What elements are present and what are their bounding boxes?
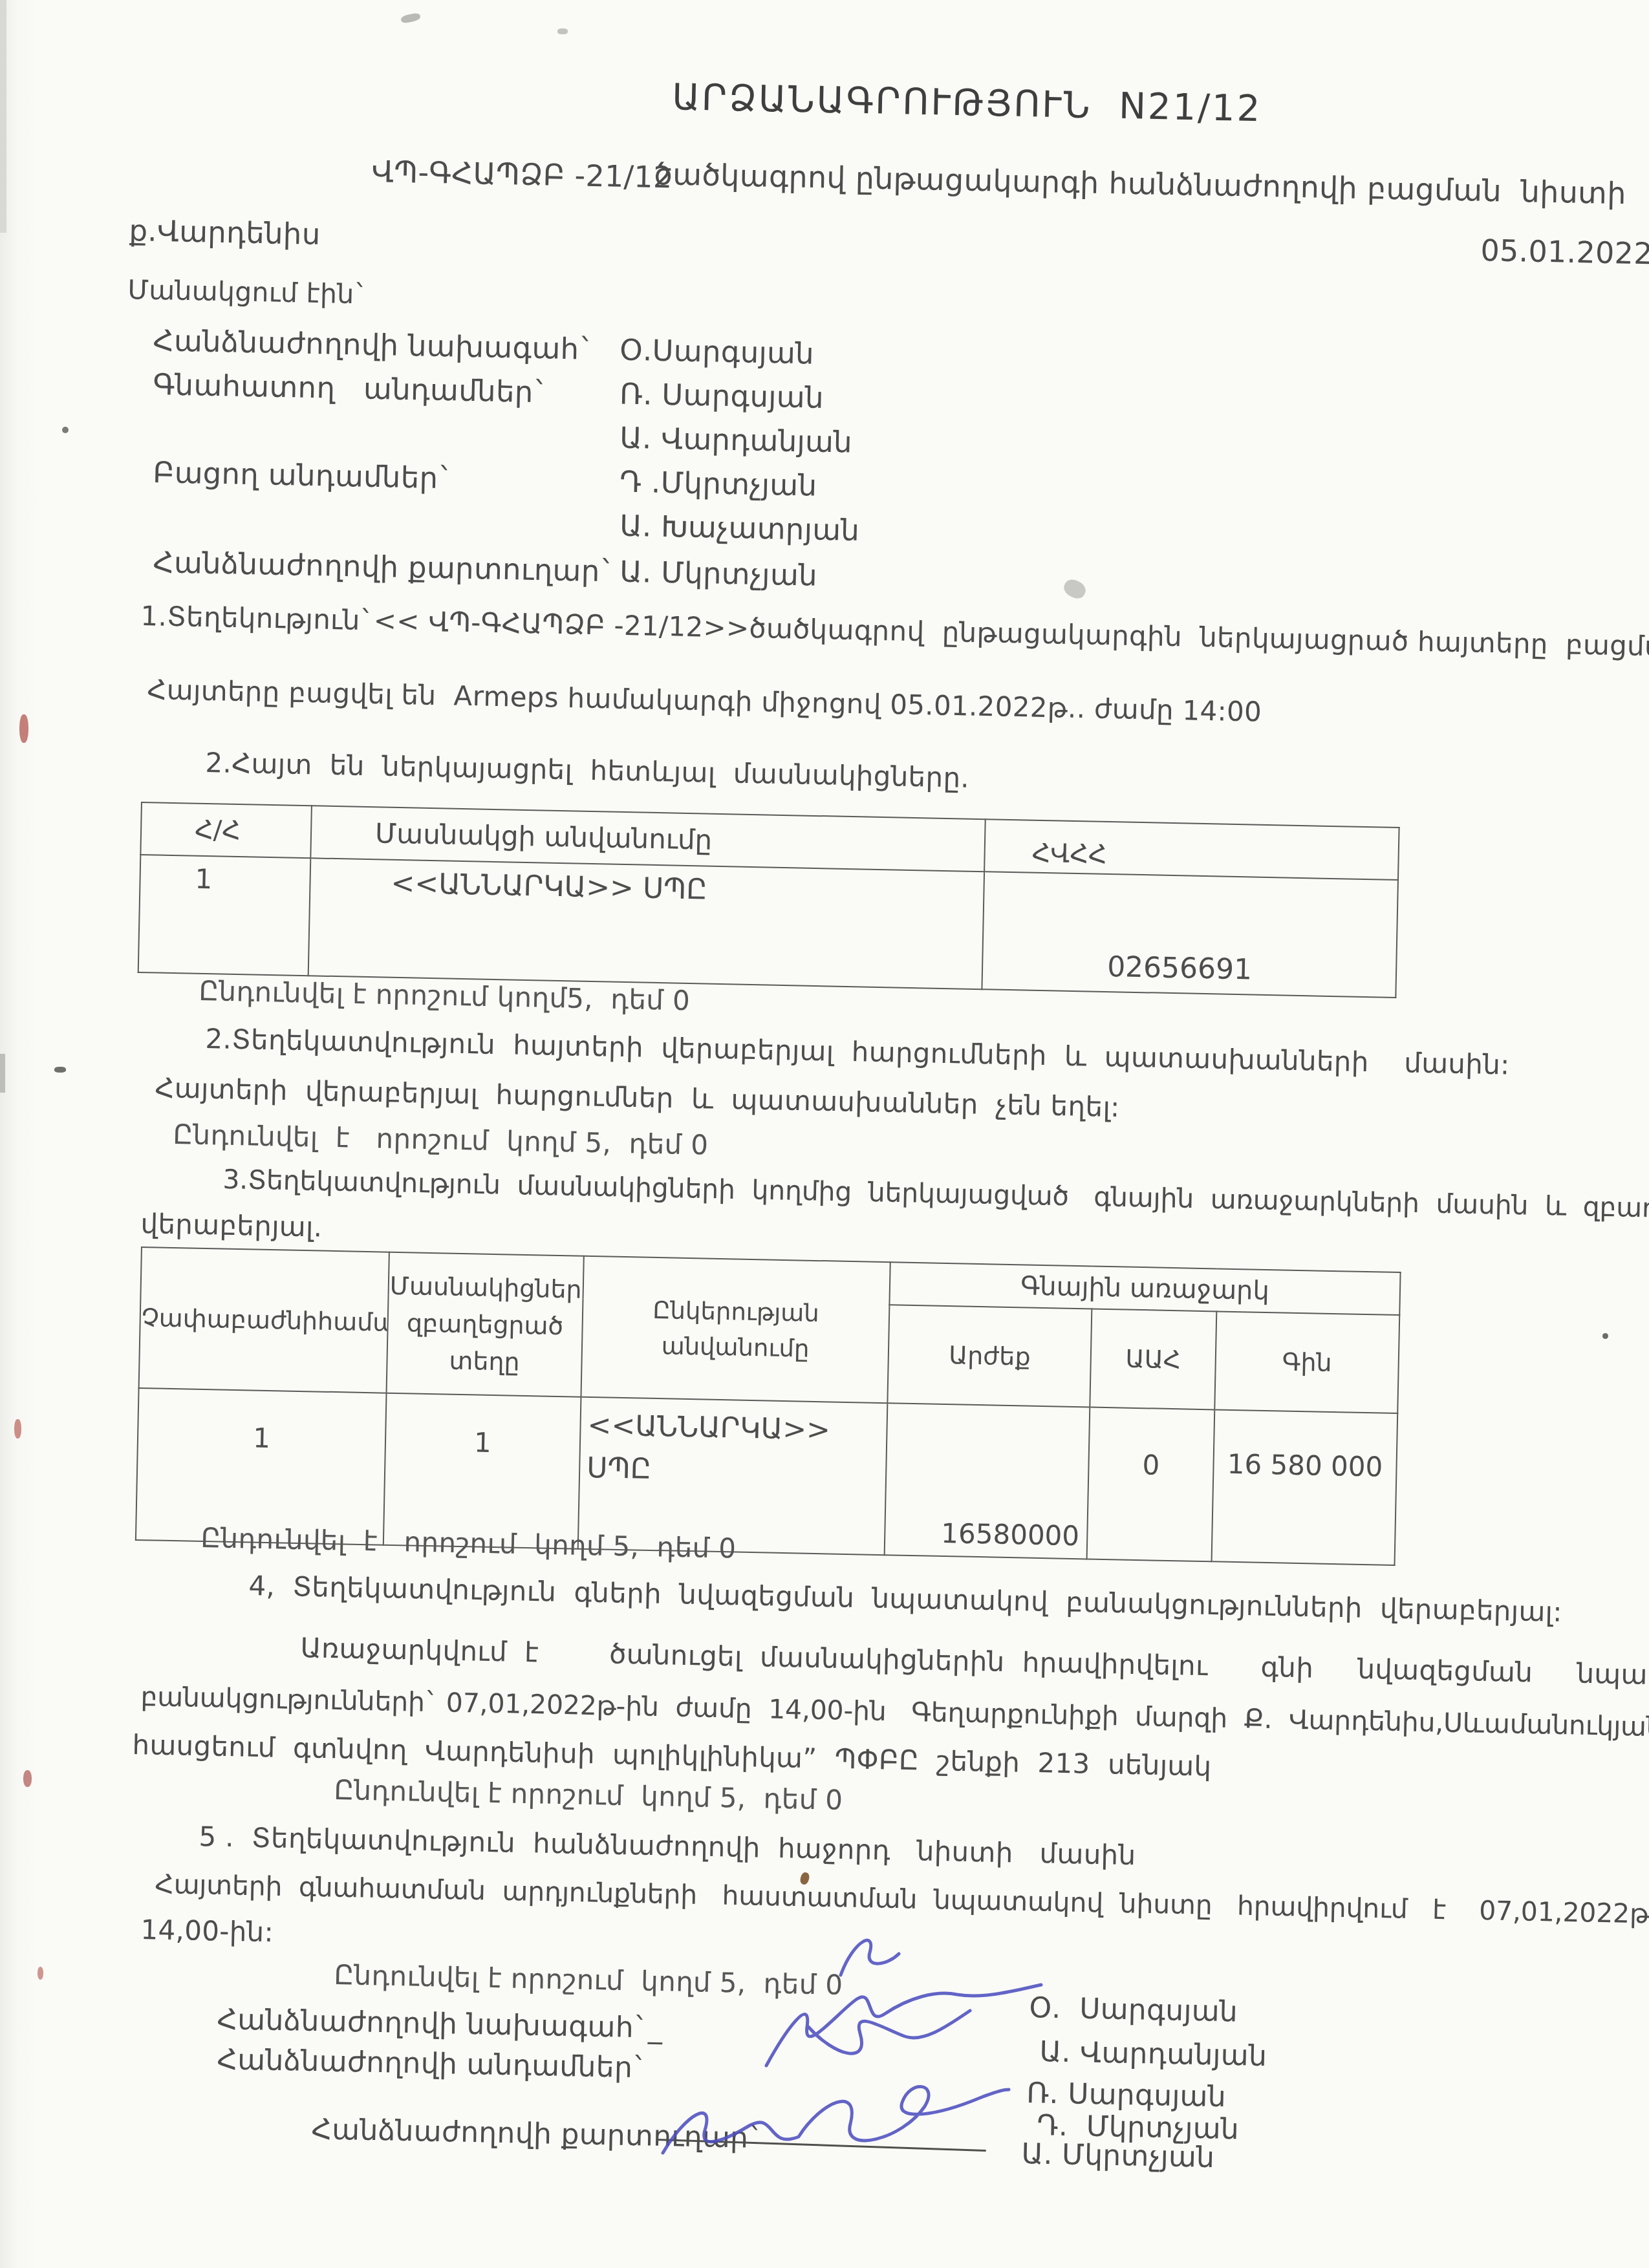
section-4-line3: հասցեում գտնվող Վարդենիսի պոլիկլինիկա” Պ… bbox=[132, 1729, 1212, 1782]
scan-artifact bbox=[38, 1967, 43, 1980]
signature-stroke bbox=[663, 2086, 1009, 2153]
members-signature-label: Հանձնաժողովի անդամներ` bbox=[217, 2043, 647, 2084]
offer-lot: 1 bbox=[136, 1388, 387, 1545]
section-2-intro: 2.Հայտ են ներկայացրել հետևյալ մասնակիցնե… bbox=[205, 747, 969, 794]
attendee-row: Հանձնաժողովի քարտուղար`Ա. Մկրտչյան bbox=[153, 545, 817, 593]
scan-artifact bbox=[0, 0, 6, 233]
attendee-role: Հանձնաժողովի քարտուղար` bbox=[153, 545, 620, 588]
attendee-role bbox=[153, 438, 620, 447]
document-title: ԱՐՁԱՆԱԳՐՈՒԹՅՈՒՆ N21/12 bbox=[672, 76, 1262, 130]
attendee-row: Գնահատող անդամներ`Ռ. Սարգսյան bbox=[153, 367, 824, 415]
scan-artifact bbox=[23, 1770, 32, 1787]
bidder-number: 1 bbox=[138, 855, 311, 976]
col-place-taken: Մասնակիցների զբաղեցրած տեղը bbox=[387, 1252, 584, 1397]
bidders-table: Հ/Հ Մասնակցի անվանումը ՀՎՀՀ 1 <<ԱՆՆԱՐԿԱ>… bbox=[138, 802, 1400, 998]
attendee-row: Հանձնաժողովի նախագահ`Օ.Սարգսյան bbox=[153, 323, 815, 371]
attendee-name: Ա. Մկրտչյան bbox=[620, 554, 818, 592]
col-lot-number: Չափաբաժնիհամար bbox=[139, 1247, 389, 1393]
decision-2: Ընդունվել է որոշում կողմ 5, դեմ 0 bbox=[173, 1118, 709, 1161]
attendee-role bbox=[153, 526, 620, 535]
scan-artifact bbox=[62, 427, 69, 433]
scan-artifact bbox=[19, 714, 28, 743]
scan-artifact bbox=[1061, 577, 1088, 602]
chair-signature-label: Հանձնաժողովի նախագահ`_ bbox=[217, 2003, 663, 2045]
col-value: Արժեք bbox=[887, 1305, 1092, 1407]
attending-label: Մանակցում էին` bbox=[127, 274, 368, 310]
section-5-line1: Հայտերի գնահատման արդյունքների հաստատման… bbox=[155, 1868, 1649, 1932]
offer-price: 16 580 000 bbox=[1212, 1409, 1398, 1565]
signature-stroke bbox=[766, 1985, 1041, 2066]
col-vat: ԱԱՀ bbox=[1090, 1309, 1216, 1410]
section-4-line1: Առաջարկվում է ծանուցել մասնակիցներին հրա… bbox=[300, 1632, 1649, 1693]
decision-4: Ընդունվել է որոշում կողմ 5, դեմ 0 bbox=[334, 1774, 843, 1816]
col-number: Հ/Հ bbox=[140, 802, 312, 858]
scanned-document-page: ԱՐՁԱՆԱԳՐՈՒԹՅՈՒՆ N21/12 ՎՊ-ԳՀԱՊՁԲ -21/12 … bbox=[0, 0, 1649, 2268]
offer-place: 1 bbox=[383, 1393, 581, 1549]
handwritten-signatures-ink bbox=[634, 1927, 1099, 2185]
paragraph-1b: Հայտերը բացվել են Armeps համակարգի միջոց… bbox=[147, 674, 1262, 728]
section-5-title: 5 . Տեղեկատվություն հանձնաժողովի հաջորդ … bbox=[199, 1821, 1136, 1871]
attendee-name: Ռ. Սարգսյան bbox=[620, 376, 824, 414]
section-4-title: 4, Տեղեկատվություն գների նվազեցման նպատա… bbox=[248, 1570, 1562, 1628]
signature-stroke bbox=[808, 2011, 970, 2053]
city-label: ք.Վարդենիս bbox=[129, 213, 321, 251]
scan-artifact bbox=[0, 1054, 5, 1093]
attendee-role: Հանձնաժողովի նախագահ` bbox=[153, 323, 620, 367]
offers-header-row1: Չափաբաժնիհամար Մասնակիցների զբաղեցրած տե… bbox=[141, 1247, 1401, 1315]
attendee-name: Ա. Խաչատրյան bbox=[620, 508, 860, 547]
attendee-name: Դ .Մկրտչյան bbox=[620, 464, 817, 502]
paragraph-1: 1.Տեղեկություն`<< ՎՊ-ԳՀԱՊՁԲ -21/12>>ծածկ… bbox=[140, 600, 1649, 665]
attendee-name: Օ.Սարգսյան bbox=[620, 332, 815, 370]
offer-value: 16580000 bbox=[885, 1403, 1090, 1559]
attendee-row: Ա. Խաչատրյան bbox=[153, 499, 860, 548]
section-3-line2: վերաբերյալ. bbox=[140, 1208, 323, 1243]
col-price: Գին bbox=[1214, 1311, 1399, 1413]
attendee-row: Բացող անդամներ`Դ .Մկրտչյան bbox=[153, 455, 817, 503]
attendee-role: Գնահատող անդամներ` bbox=[153, 367, 620, 411]
col-tin: ՀՎՀՀ bbox=[984, 819, 1399, 880]
bidder-row: 1 <<ԱՆՆԱՐԿԱ>> ՍՊԸ 02656691 bbox=[138, 855, 1398, 998]
document-date: 05.01.2022թ. bbox=[1480, 233, 1649, 272]
document-subtitle: ծածկագրով ընթացակարգի հանձնաժողովի բացմա… bbox=[654, 156, 1626, 211]
section-3-line1: 3.Տեղեկատվություն մասնակիցների կողմից նե… bbox=[222, 1164, 1649, 1228]
attendee-row: Ա. Վարդանյան bbox=[153, 411, 853, 460]
procedure-code: ՎՊ-ԳՀԱՊՁԲ -21/12 bbox=[371, 154, 673, 195]
section-5-line2: 14,00-ին: bbox=[140, 1914, 274, 1948]
scan-artifact bbox=[557, 28, 568, 34]
bidder-name: <<ԱՆՆԱՐԿԱ>> ՍՊԸ bbox=[308, 858, 984, 989]
scan-artifact bbox=[1602, 1333, 1608, 1339]
attendee-name: Ա. Վարդանյան bbox=[620, 420, 853, 459]
scan-artifact bbox=[54, 1067, 66, 1073]
signature-stroke bbox=[841, 1940, 899, 1975]
attendee-role: Բացող անդամներ` bbox=[153, 455, 620, 498]
scan-artifact bbox=[400, 12, 421, 24]
bidder-tin: 02656691 bbox=[982, 872, 1398, 998]
section-2-answer: Հայտերի վերաբերյալ հարցումներ և պատասխան… bbox=[155, 1072, 1120, 1123]
section-2-info: 2.Տեղեկատվություն հայտերի վերաբերյալ հար… bbox=[205, 1023, 1510, 1080]
offer-vat: 0 bbox=[1087, 1407, 1215, 1561]
scan-artifact bbox=[14, 1419, 21, 1439]
col-company-name: Ընկերության անվանումը bbox=[581, 1256, 890, 1403]
offers-table: Չափաբաժնիհամար Մասնակիցների զբաղեցրած տե… bbox=[135, 1246, 1401, 1566]
